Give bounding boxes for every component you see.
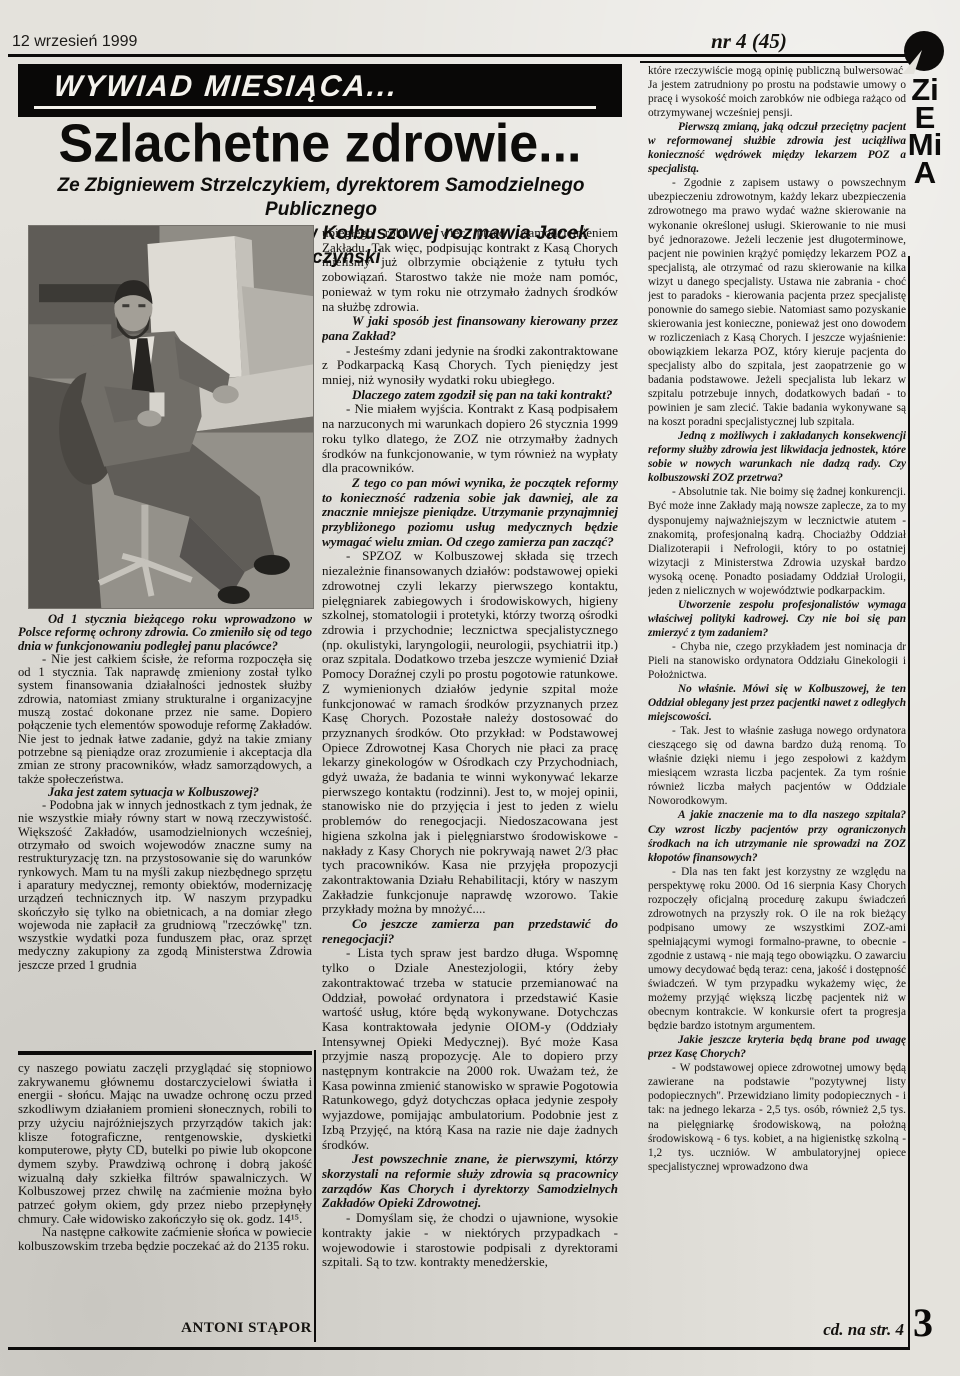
column-rule-right: [908, 256, 910, 1350]
interview-question: Od 1 stycznia bieżącego roku wprowadzono…: [18, 613, 312, 653]
interview-question: A jakie znaczenie ma to dla naszego szpi…: [648, 808, 906, 864]
section-banner: WYWIAD MIESIĄCA...: [18, 64, 622, 117]
issue-date: 12 wrzesień 1999: [12, 33, 137, 51]
headline: Szlachetne zdrowie...: [18, 115, 622, 173]
article-paragraph: - Tak. Jest to właśnie zasługa nowego or…: [648, 724, 906, 808]
interview-question: Dlaczego zatem zgodził się pan na taki k…: [322, 388, 618, 403]
ziemia-logo-mark-icon: [902, 30, 946, 74]
top-rule: [8, 54, 908, 57]
interview-question: No właśnie. Mówi się w Kolbuszowej, że t…: [648, 682, 906, 724]
article-paragraph: ubiegłego roku, a więc przed usamodzieln…: [322, 226, 618, 314]
eclipse-article: cy naszego powiatu zaczęli przyglądać si…: [18, 1062, 312, 1320]
interview-question: Co jeszcze zamierza pan przedstawić do r…: [322, 917, 618, 946]
article-paragraph: - Lista tych spraw jest bardzo długa. Ws…: [322, 946, 618, 1152]
ziemia-logo: ZiEMiA: [894, 30, 958, 186]
interview-question: W jaki sposób jest finansowany kierowany…: [322, 314, 618, 343]
ziemia-logo-word: ZiEMiA: [906, 76, 944, 186]
eclipse-article-author: ANTONI STĄPOR: [18, 1320, 312, 1337]
article-paragraph: - Nie miałem wyjścia. Kontrakt z Kasą po…: [322, 402, 618, 476]
article-paragraph: - W podstawowej opiece zdrowotnej umowy …: [648, 1061, 906, 1173]
interview-column-left: Od 1 stycznia bieżącego roku wprowadzono…: [18, 613, 312, 1051]
interview-question: Z tego co pan mówi wynika, że początek r…: [322, 476, 618, 550]
article-paragraph: cy naszego powiatu zaczęli przyglądać si…: [18, 1062, 312, 1226]
interview-question: Jedną z możliwych i zakładanych konsekwe…: [648, 429, 906, 485]
interview-question: Utworzenie zespołu profesjonalistów wyma…: [648, 598, 906, 640]
interview-column-middle: ubiegłego roku, a więc przed usamodzieln…: [322, 226, 618, 1340]
newspaper-page: 12 wrzesień 1999 nr 4 (45) WYWIAD MIESIĄ…: [0, 0, 960, 1376]
article-paragraph: - Dla nas ten fakt jest korzystny ze wzg…: [648, 865, 906, 1034]
article-paragraph: - Domyślam się, że chodzi o ujawnione, w…: [322, 1211, 618, 1270]
article-paragraph: które rzeczywiście mogą opinię publiczną…: [648, 64, 906, 120]
section-banner-label: WYWIAD MIESIĄCA...: [16, 64, 623, 104]
continuation-note: cd. na str. 4: [648, 1320, 904, 1339]
banner-underline: [34, 106, 596, 109]
top-rule-secondary: [640, 61, 908, 63]
interview-photo: [28, 225, 314, 609]
interview-question: Pierwszą zmianą, jaką odczuł przeciętny …: [648, 120, 906, 176]
article-divider: [18, 1051, 312, 1055]
article-paragraph: - Absolutnie tak. Nie boimy się żadnej k…: [648, 485, 906, 597]
article-paragraph: - Zgodnie z zapisem ustawy o powszechnym…: [648, 176, 906, 429]
column-rule-left: [314, 1050, 316, 1342]
interview-question: Jakie jeszcze kryteria będą brane pod uw…: [648, 1033, 906, 1061]
article-paragraph: - Chyba nie, czego przykładem jest nomin…: [648, 640, 906, 682]
interview-question: Jest powszechnie znane, że pierwszymi, k…: [322, 1152, 618, 1211]
interview-column-right: które rzeczywiście mogą opinię publiczną…: [648, 64, 906, 1312]
article-paragraph: - SPZOZ w Kolbuszowej składa się trzech …: [322, 549, 618, 917]
bottom-rule: [8, 1347, 908, 1350]
article-paragraph: - Jesteśmy zdani jedynie na środki zakon…: [322, 344, 618, 388]
interview-question: Jaka jest zatem sytuacja w Kolbuszowej?: [18, 786, 312, 799]
issue-number: nr 4 (45): [694, 30, 804, 52]
subtitle-line-1: Ze Zbigniewem Strzelczykiem, dyrektorem …: [2, 174, 640, 222]
article-paragraph: - Nie jest całkiem ścisłe, że reforma ro…: [18, 653, 312, 786]
interview-photo-graphic: [29, 226, 313, 608]
article-paragraph: - Podobna jak w innych jednostkach z tym…: [18, 799, 312, 972]
page-number: 3: [913, 1302, 933, 1344]
article-paragraph: Na następne całkowite zaćmienie słońca w…: [18, 1226, 312, 1253]
